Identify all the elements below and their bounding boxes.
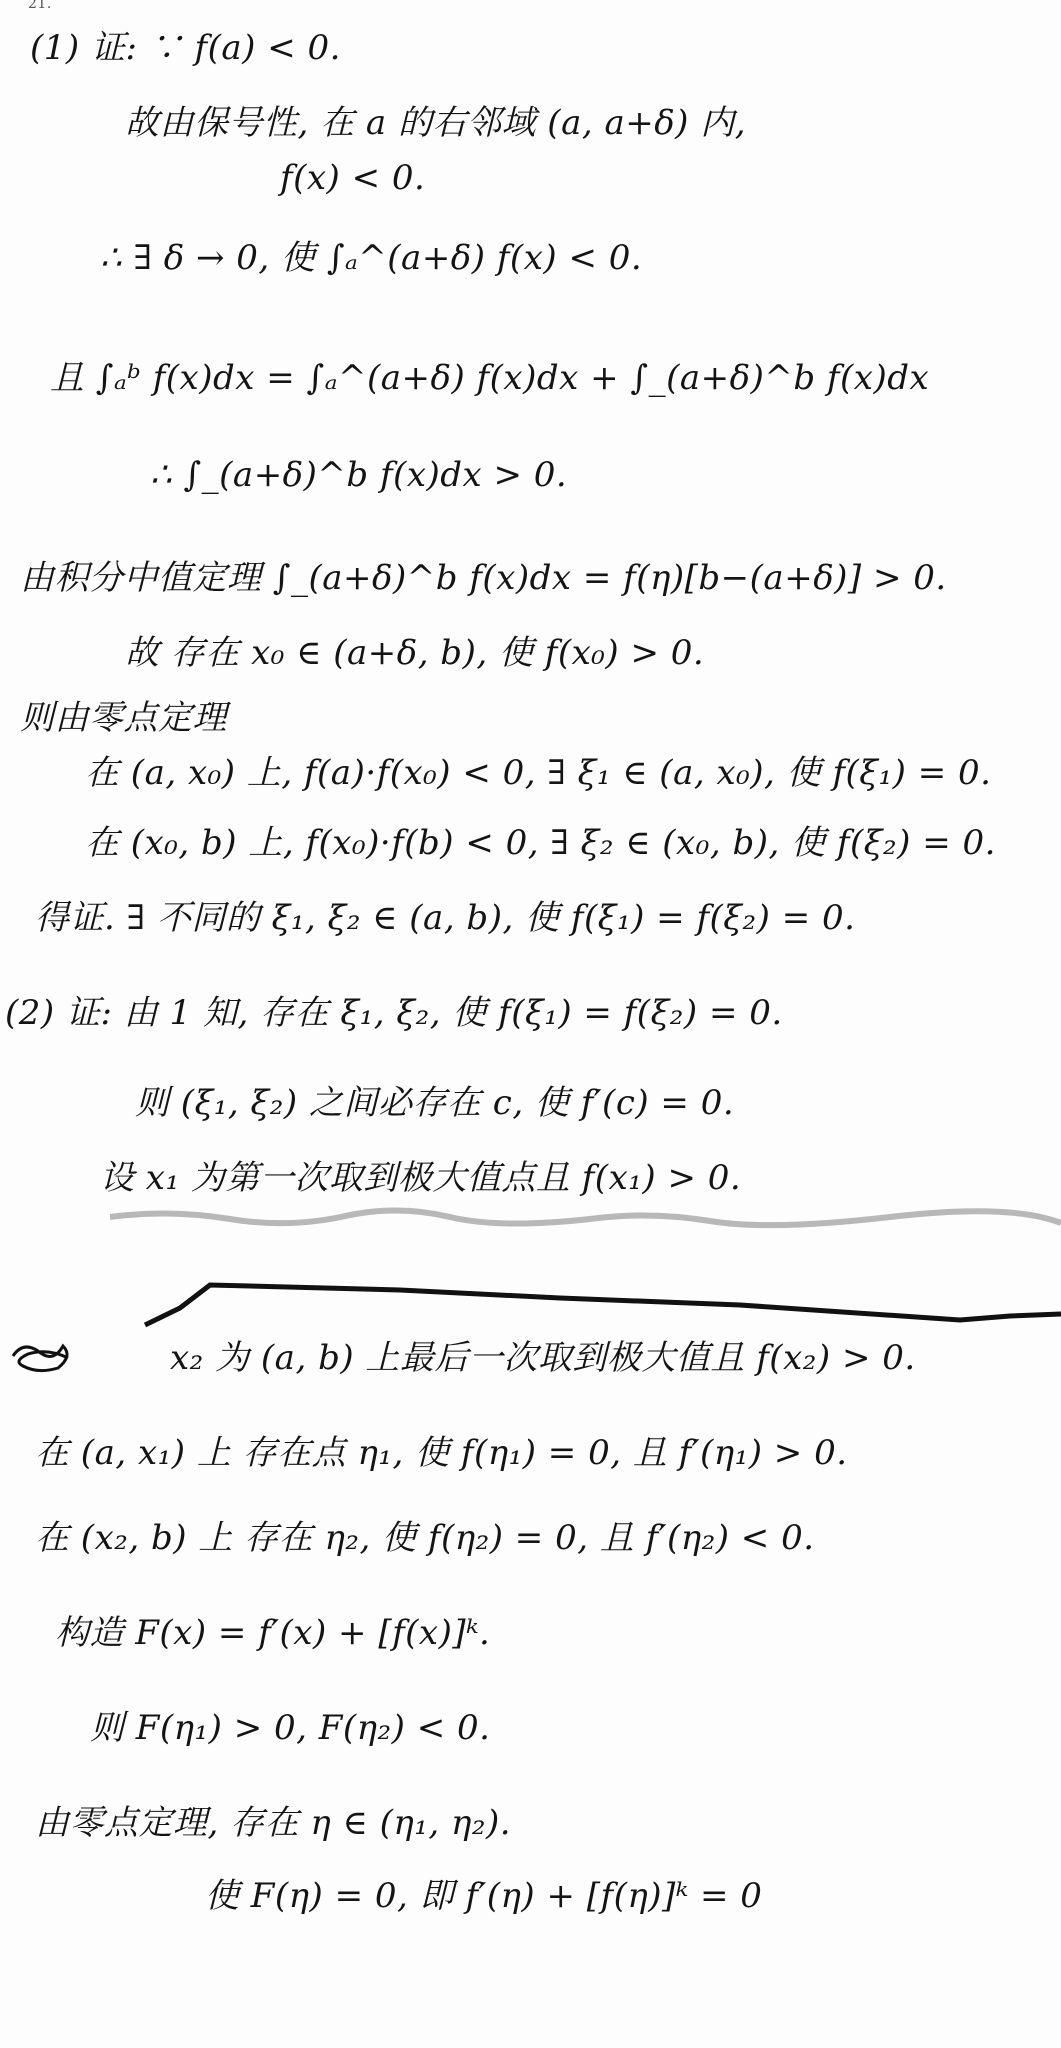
part2-line-6: 在 (x₂, b) 上 存在 η₂, 使 f(η₂) = 0, 且 f′(η₂)… [35, 1510, 815, 1559]
part2-line-5: 在 (a, x₁) 上 存在点 η₁, 使 f(η₁) = 0, 且 f′(η₁… [35, 1425, 848, 1474]
handwritten-page: 21. (1) 证: ∵ f(a) < 0. 故由保号性, 在 a 的右邻域 (… [0, 0, 1061, 2048]
part1-line-9: 则由零点定理 [20, 690, 227, 739]
part1-line-4: ∴ ∃ δ → 0, 使 ∫ₐ^(a+δ) f(x) < 0. [100, 230, 642, 279]
part1-line-11: 在 (x₀, b) 上, f(x₀)·f(b) < 0, ∃ ξ₂ ∈ (x₀,… [85, 815, 996, 864]
part1-line-8: 故 存在 x₀ ∈ (a+δ, b), 使 f(x₀) > 0. [125, 625, 704, 674]
part2-line-3: 设 x₁ 为第一次取到极大值点且 f(x₁) > 0. [100, 1150, 741, 1199]
part1-line-12: 得证. ∃ 不同的 ξ₁, ξ₂ ∈ (a, b), 使 f(ξ₁) = f(ξ… [35, 890, 855, 939]
part2-line-1: (2) 证: 由 1 知, 存在 ξ₁, ξ₂, 使 f(ξ₁) = f(ξ₂)… [5, 985, 783, 1034]
part2-line-9: 由零点定理, 存在 η ∈ (η₁, η₂). [35, 1795, 511, 1844]
part1-line-3: f(x) < 0. [280, 158, 425, 198]
part1-line-6: ∴ ∫_(a+δ)^b f(x)dx > 0. [150, 455, 567, 495]
part2-line-7: 构造 F(x) = f′(x) + [f(x)]ᵏ. [55, 1605, 490, 1654]
part1-line-2: 故由保号性, 在 a 的右邻域 (a, a+δ) 内, [125, 95, 746, 144]
part1-line-10: 在 (a, x₀) 上, f(a)·f(x₀) < 0, ∃ ξ₁ ∈ (a, … [85, 745, 991, 794]
part2-line-10: 使 F(η) = 0, 即 f′(η) + [f(η)]ᵏ = 0 [205, 1868, 762, 1917]
part2-line-4: x₂ 为 (a, b) 上最后一次取到极大值且 f(x₂) > 0. [170, 1330, 916, 1379]
problem-number: 21. [28, 0, 52, 12]
part1-line-1: (1) 证: ∵ f(a) < 0. [30, 20, 341, 69]
paper-tear-edge-bottom [140, 1280, 1061, 1330]
paper-tear-edge-top [110, 1205, 1061, 1235]
part1-line-5: 且 ∫ₐᵇ f(x)dx = ∫ₐ^(a+δ) f(x)dx + ∫_(a+δ)… [50, 350, 929, 399]
part1-line-7: 由积分中值定理 ∫_(a+δ)^b f(x)dx = f(η)[b−(a+δ)]… [20, 550, 947, 599]
crossed-out-scribble [8, 1336, 78, 1376]
part2-line-2: 则 (ξ₁, ξ₂) 之间必存在 c, 使 f′(c) = 0. [135, 1075, 734, 1124]
part2-line-8: 则 F(η₁) > 0, F(η₂) < 0. [90, 1700, 490, 1749]
